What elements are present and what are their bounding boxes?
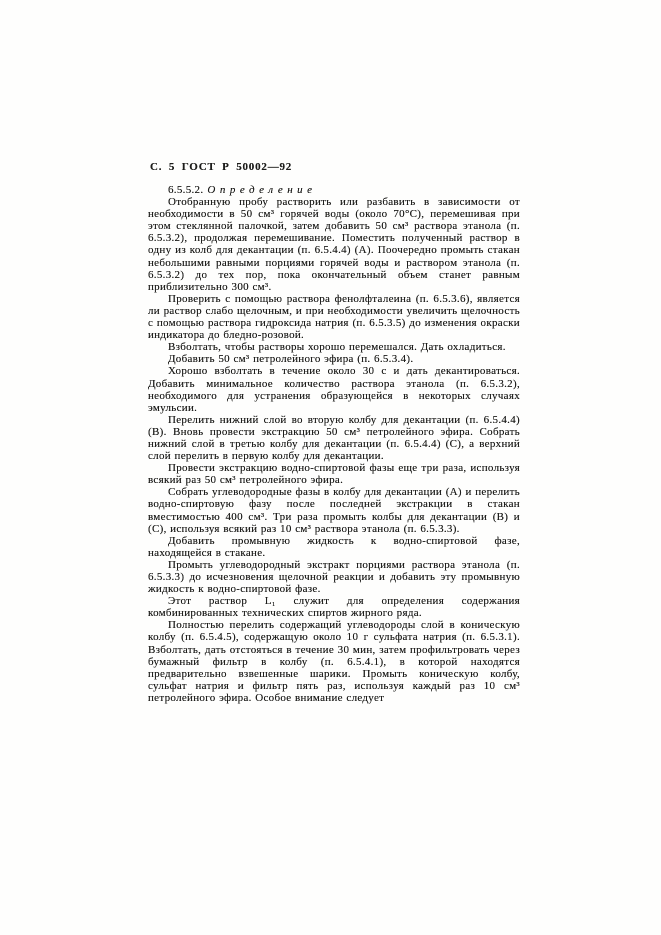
paragraph: Отобранную пробу растворить или разбавит… [148, 196, 520, 293]
paragraph: Хорошо взболтать в течение около 30 с и … [148, 365, 520, 413]
running-header: С. 5 ГОСТ Р 50002—92 [150, 161, 292, 173]
paragraph: Добавить промывную жидкость к водно-спир… [148, 535, 520, 559]
paragraph: Взболтать, чтобы растворы хорошо перемеш… [148, 341, 520, 353]
body-text-block: 6.5.5.2.Определение Отобранную пробу рас… [148, 184, 520, 704]
scanned-document-page: С. 5 ГОСТ Р 50002—92 6.5.5.2.Определение… [0, 0, 661, 935]
paragraph: Промыть углеводородный экстракт порциями… [148, 559, 520, 595]
section-number: 6.5.5.2. [168, 184, 203, 196]
paragraph: Полностью перелить содержащий углеводоро… [148, 619, 520, 704]
section-title: Определение [207, 184, 316, 196]
paragraph: Проверить с помощью раствора фенолфталеи… [148, 293, 520, 341]
paragraph: Перелить нижний слой во вторую колбу для… [148, 414, 520, 462]
paragraph: Провести экстракцию водно-спиртовой фазы… [148, 462, 520, 486]
paragraph: Этот раствор L₁ служит для определения с… [148, 595, 520, 619]
section-heading: 6.5.5.2.Определение [148, 184, 520, 196]
paragraph: Добавить 50 см³ петролейного эфира (п. 6… [148, 353, 520, 365]
paragraph: Собрать углеводородные фазы в колбу для … [148, 486, 520, 534]
